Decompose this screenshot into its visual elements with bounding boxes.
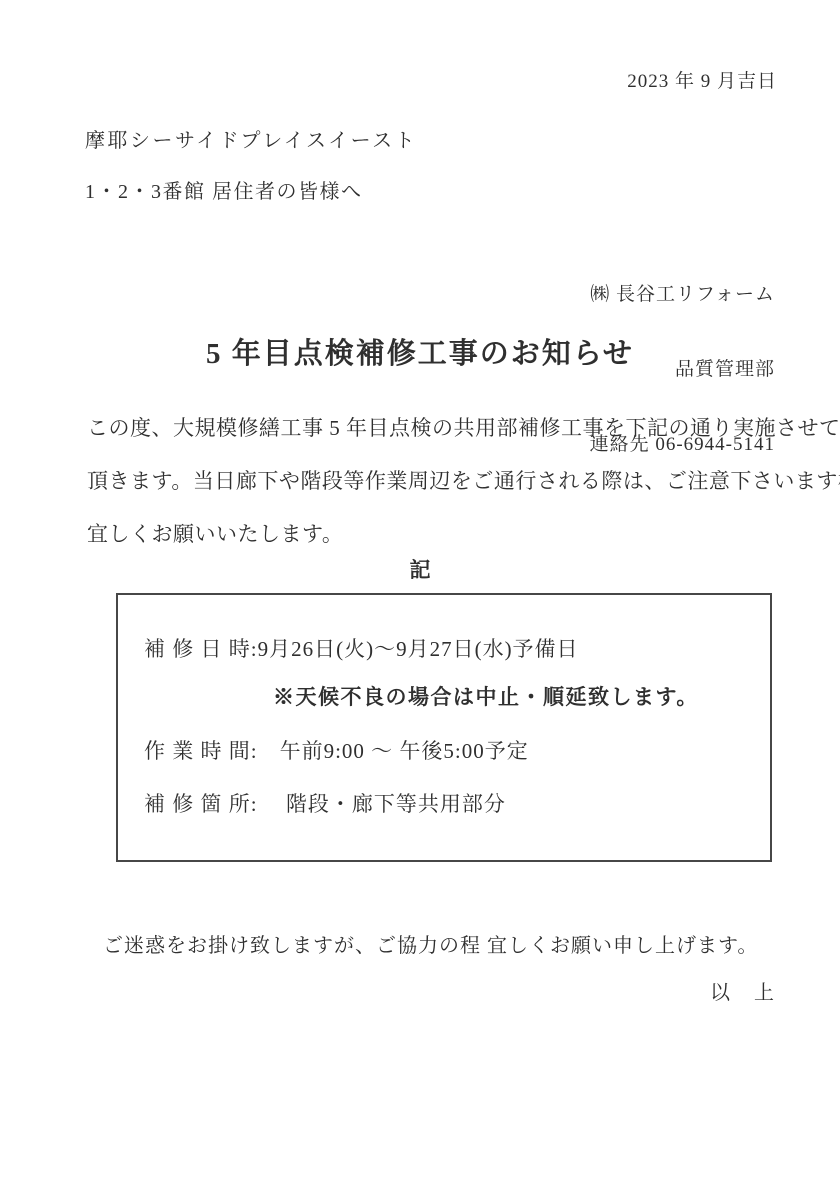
document-page: 2023 年 9 月吉日 摩耶シーサイドプレイスイースト 1・2・3番館 居住者…	[0, 0, 840, 1187]
closing-line: ご迷惑をお掛け致しますが、ご協力の程 宜しくお願い申し上げます。	[103, 929, 758, 958]
record-mark: 記	[0, 554, 840, 584]
repair-date-line: 補 修 日 時:9月26日(火)～9月27日(水)予備日	[144, 633, 579, 663]
addressee-building: 摩耶シーサイドプレイスイースト	[85, 124, 417, 153]
addressee-residents: 1・2・3番館 居住者の皆様へ	[85, 175, 363, 204]
body-line-1: この度、大規模修繕工事 5 年目点検の共用部補修工事を下記の通り実施させて	[87, 412, 840, 442]
body-line-3: 宜しくお願いいたします。	[87, 518, 343, 548]
repair-area-line: 補 修 箇 所: 階段・廊下等共用部分	[144, 788, 506, 818]
document-date: 2023 年 9 月吉日	[627, 66, 777, 93]
weather-note-line: ※天候不良の場合は中止・順延致します。	[273, 681, 699, 711]
body-line-2: 頂きます。当日廊下や階段等作業周辺をご通行される際は、ご注意下さいます様	[87, 465, 840, 495]
sender-company: ㈱ 長谷工リフォーム	[590, 282, 775, 307]
notice-box: 補 修 日 時:9月26日(火)～9月27日(水)予備日 ※天候不良の場合は中止…	[116, 593, 772, 862]
closing-sign: 以 上	[710, 976, 776, 1005]
work-hours-line: 作 業 時 間: 午前9:00 ～ 午後5:00予定	[144, 735, 529, 765]
notice-title: 5 年目点検補修工事のお知らせ	[0, 331, 840, 372]
